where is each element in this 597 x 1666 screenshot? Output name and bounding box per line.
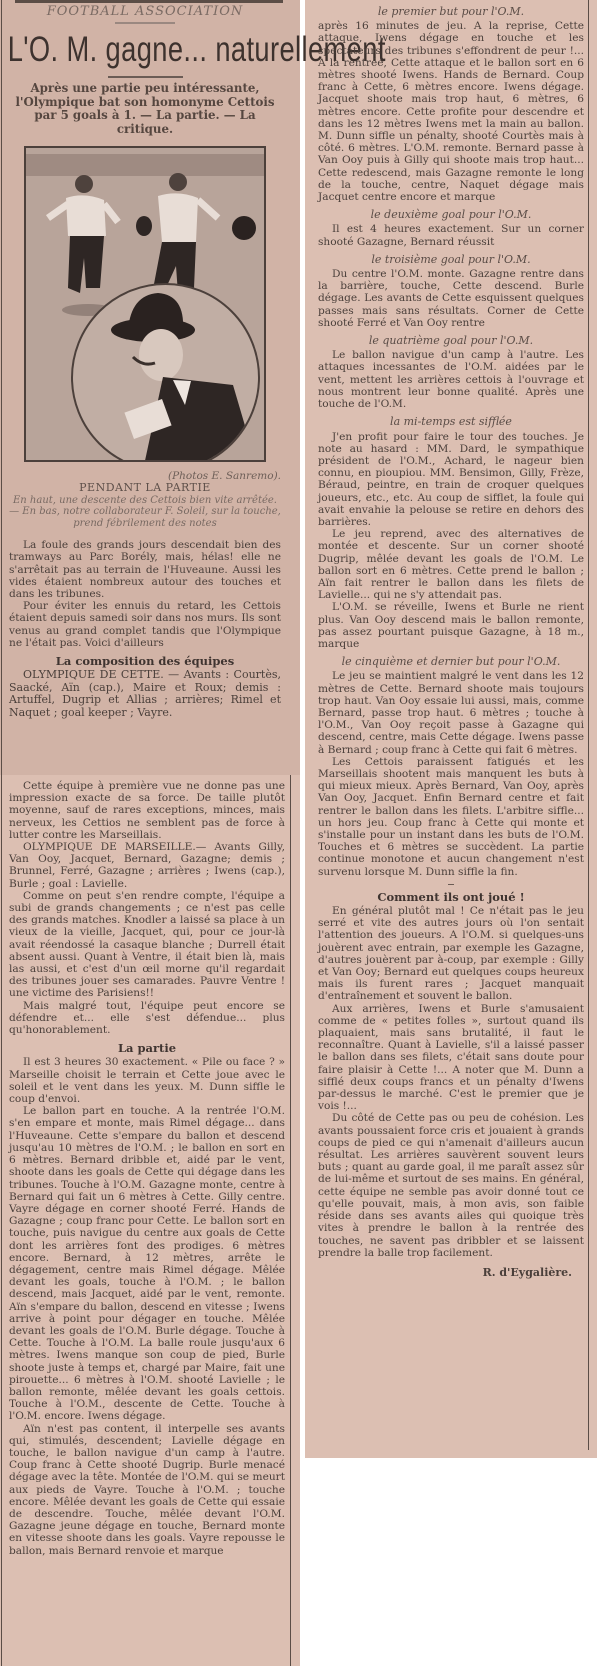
intro-paragraph: La foule des grands jours descendait bie… — [9, 539, 281, 600]
marseille-lineup: OLYMPIQUE DE MARSEILLE.— Avants Gilly, V… — [9, 841, 285, 890]
match-paragraph: Le ballon part en touche. A la rentrée l… — [9, 1105, 285, 1422]
critique-paragraph: En général plutôt mal ! Ce n'était pas l… — [318, 905, 584, 1003]
intro-paragraph: Pour éviter les ennuis du retard, les Ce… — [9, 600, 281, 649]
halftime-paragraph: J'en profit pour faire le tour des touch… — [318, 431, 584, 529]
deck: Après une partie peu intéressante, l'Oly… — [9, 82, 281, 136]
photo-caption: En haut, une descente des Cettois bien v… — [9, 495, 281, 530]
right-column: le premier but pour l'O.M. après 16 minu… — [318, 6, 584, 1279]
section-dash — [448, 884, 454, 885]
marseille-comment: Mais malgré tout, l'équipe peut encore s… — [9, 1000, 285, 1037]
left-column-upper: FOOTBALL ASSOCIATION L'O. M. gagne... na… — [9, 4, 281, 720]
cette-lineup: OLYMPIQUE DE CETTE. — Avants : Courtès, … — [9, 669, 281, 719]
top-ornament-rule — [15, 0, 283, 3]
section-rule — [115, 22, 175, 24]
column-rule-right — [588, 0, 589, 1450]
headline-rule — [108, 76, 183, 78]
fifth-goal-paragraph: Le jeu se maintient malgré le vent dans … — [318, 670, 584, 755]
goal-heading-5: le cinquième et dernier but pour l'O.M. — [318, 656, 584, 668]
goal-text-4: Le ballon navigue d'un camp à l'autre. L… — [318, 349, 584, 410]
headline: L'O. M. gagne... naturellement — [8, 30, 283, 70]
match-heading: La partie — [9, 1042, 285, 1054]
fifth-goal-paragraph: Les Cettois paraissent fatigués et les M… — [318, 756, 584, 878]
goal-text-2: Il est 4 heures exactement. Sur un corne… — [318, 223, 584, 247]
goal-heading-3: le troisième goal pour l'O.M. — [318, 254, 584, 266]
goal-heading-2: le deuxième goal pour l'O.M. — [318, 209, 584, 221]
goal-text-1: après 16 minutes de jeu. A la reprise, C… — [318, 20, 584, 203]
critique-heading: Comment ils ont joué ! — [318, 891, 584, 903]
goal-heading-1: le premier but pour l'O.M. — [318, 6, 584, 18]
journalist-portrait — [71, 283, 260, 462]
section-label: FOOTBALL ASSOCIATION — [9, 6, 281, 18]
photo-caption-title: PENDANT LA PARTIE — [9, 482, 281, 494]
column-rule-left — [1, 0, 2, 1666]
goal-heading-4: le quatrième goal pour l'O.M. — [318, 335, 584, 347]
match-photo — [24, 146, 266, 462]
cette-comment: Cette équipe à première vue ne donne pas… — [9, 780, 285, 841]
match-paragraph: Il est 3 heures 30 exactement. « Pile ou… — [9, 1056, 285, 1105]
critique-paragraph: Aux arrières, Iwens et Burle s'amusaient… — [318, 1003, 584, 1113]
match-paragraph: Aïn n'est pas content, il interpelle ses… — [9, 1423, 285, 1557]
halftime-paragraph: L'O.M. se réveille, Iwens et Burle ne ri… — [318, 601, 584, 650]
halftime-paragraph: Le jeu reprend, avec des alternatives de… — [318, 528, 584, 601]
column-rule-middle — [290, 775, 291, 1666]
left-column-lower: Cette équipe à première vue ne donne pas… — [9, 780, 285, 1557]
critique-paragraph: Du côté de Cette pas ou peu de cohésion.… — [318, 1112, 584, 1258]
composition-heading: La composition des équipes — [9, 655, 281, 667]
goal-text-3: Du centre l'O.M. monte. Gazagne rentre d… — [318, 268, 584, 329]
halftime-heading: la mi-temps est sifflée — [318, 416, 584, 428]
portrait-illustration — [73, 285, 258, 462]
author-signature: R. d'Eygalière. — [318, 1267, 584, 1279]
marseille-comment: Comme on peut s'en rendre compte, l'équi… — [9, 890, 285, 1000]
